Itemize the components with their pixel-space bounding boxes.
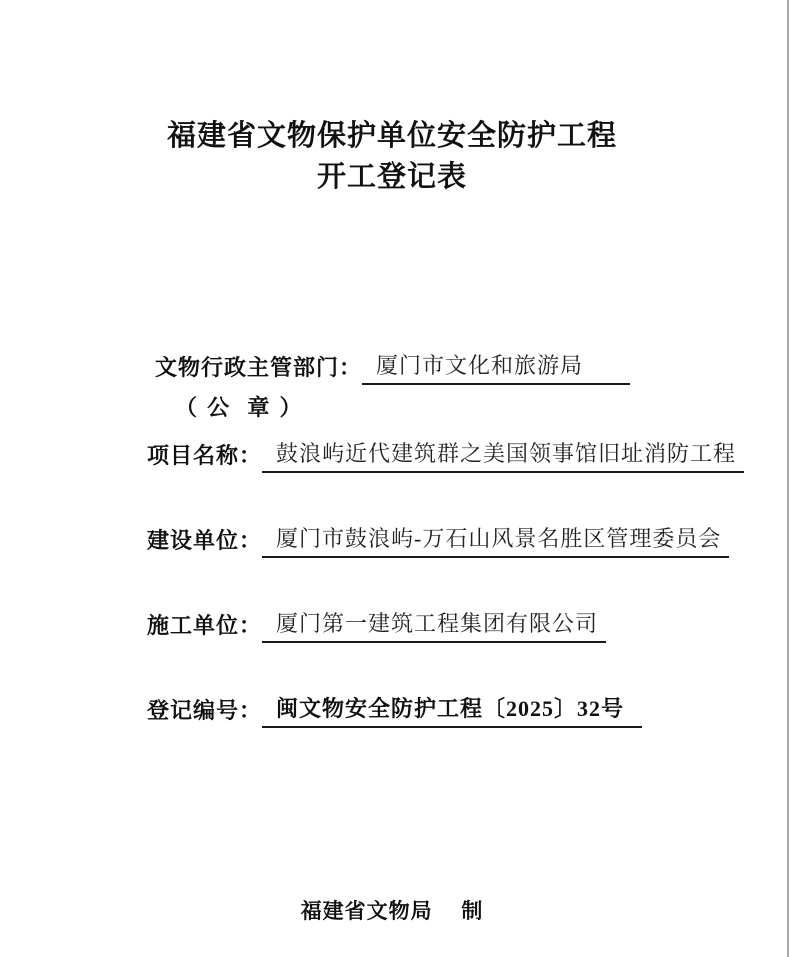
page-edge-divider [787, 0, 789, 957]
contractor-unit-label: 施工单位： [147, 609, 262, 643]
field-row-competent-department: 文物行政主管部门： 厦门市文化和旅游局 [155, 349, 630, 385]
field-row-contractor-unit: 施工单位： 厦门第一建筑工程集团有限公司 [147, 607, 606, 643]
issuing-authority-footer: 福建省文物局 制 [0, 895, 784, 925]
field-row-construction-unit: 建设单位： 厦门市鼓浪屿-万石山风景名胜区管理委员会 [147, 522, 729, 558]
official-seal-placeholder: （ 公 章 ） [175, 391, 303, 422]
competent-department-value: 厦门市文化和旅游局 [362, 349, 630, 385]
construction-unit-label: 建设单位： [147, 524, 262, 558]
document-title-line2: 开工登记表 [0, 157, 784, 198]
registration-number-value: 闽文物安全防护工程〔2025〕32号 [262, 692, 642, 728]
field-row-registration-number: 登记编号： 闽文物安全防护工程〔2025〕32号 [147, 692, 642, 728]
registration-number-label: 登记编号： [147, 694, 262, 728]
document-title: 福建省文物保护单位安全防护工程 开工登记表 [0, 116, 784, 198]
field-row-project-name: 项目名称： 鼓浪屿近代建筑群之美国领事馆旧址消防工程 [147, 437, 744, 473]
contractor-unit-value: 厦门第一建筑工程集团有限公司 [262, 607, 606, 643]
competent-department-label: 文物行政主管部门： [155, 351, 362, 385]
construction-unit-value: 厦门市鼓浪屿-万石山风景名胜区管理委员会 [262, 522, 729, 558]
project-name-value: 鼓浪屿近代建筑群之美国领事馆旧址消防工程 [262, 437, 744, 473]
project-name-label: 项目名称： [147, 439, 262, 473]
registration-form-page: 福建省文物保护单位安全防护工程 开工登记表 文物行政主管部门： 厦门市文化和旅游… [0, 0, 790, 957]
document-title-line1: 福建省文物保护单位安全防护工程 [0, 116, 784, 157]
